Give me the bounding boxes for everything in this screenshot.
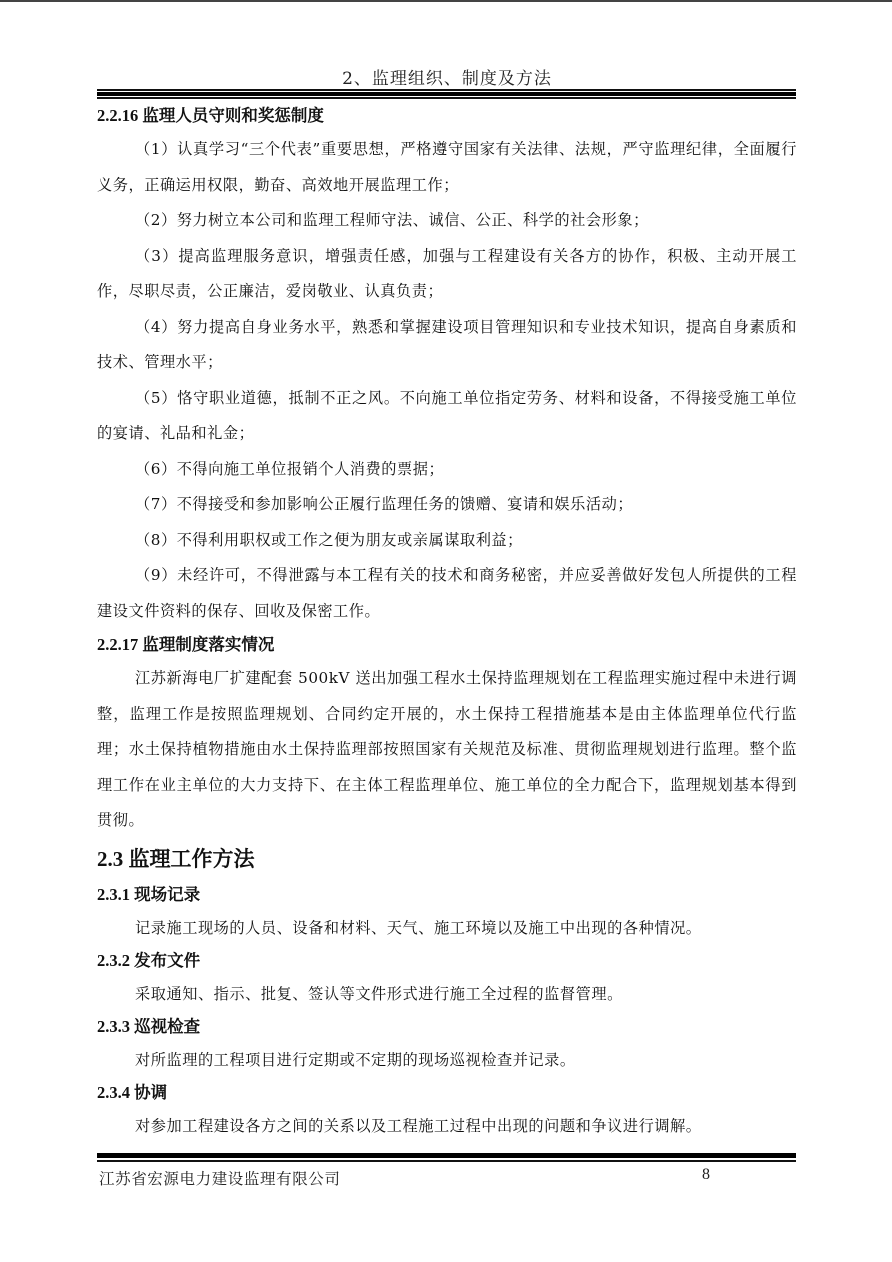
rule-item-4: （4）努力提高自身业务水平，熟悉和掌握建设项目管理知识和专业技术知识，提高自身素… — [97, 310, 797, 381]
section-body-2-3-2: 采取通知、指示、批复、签认等文件形式进行施工全过程的监督管理。 — [97, 977, 797, 1011]
section-heading-2-2-16: 2.2.16 监理人员守则和奖惩制度 — [97, 100, 797, 132]
section-heading-2-2-17: 2.2.17 监理制度落实情况 — [97, 629, 797, 661]
section-heading-2-3: 2.3 监理工作方法 — [97, 839, 797, 879]
rule-item-1: （1）认真学习“三个代表”重要思想，严格遵守国家有关法律、法规，严守监理纪律，全… — [97, 132, 797, 203]
running-header-title: 2、监理组织、制度及方法 — [97, 64, 797, 89]
section-heading-2-3-2: 2.3.2 发布文件 — [97, 945, 797, 977]
section-heading-2-3-3: 2.3.3 巡视检查 — [97, 1011, 797, 1043]
section-body-2-3-4: 对参加工程建设各方之间的关系以及工程施工过程中出现的问题和争议进行调解。 — [97, 1109, 797, 1143]
header-rule — [97, 89, 796, 99]
rule-item-8: （8）不得利用职权或工作之便为朋友或亲属谋取利益； — [97, 523, 797, 559]
section-body-2-3-3: 对所监理的工程项目进行定期或不定期的现场巡视检查并记录。 — [97, 1043, 797, 1077]
page-number: 8 — [702, 1166, 710, 1184]
rule-item-2: （2）努力树立本公司和监理工程师守法、诚信、公正、科学的社会形象； — [97, 203, 797, 239]
rule-item-6: （6）不得向施工单位报销个人消费的票据； — [97, 452, 797, 488]
section-heading-2-3-4: 2.3.4 协调 — [97, 1077, 797, 1109]
footer-rule — [97, 1153, 796, 1163]
rule-item-9: （9）未经许可，不得泄露与本工程有关的技术和商务秘密，并应妥善做好发包人所提供的… — [97, 558, 797, 629]
page-body: 2.2.16 监理人员守则和奖惩制度 （1）认真学习“三个代表”重要思想，严格遵… — [97, 100, 797, 1143]
rule-item-5: （5）恪守职业道德，抵制不正之风。不向施工单位指定劳务、材料和设备，不得接受施工… — [97, 381, 797, 452]
rule-item-3: （3）提高监理服务意识，增强责任感，加强与工程建设有关各方的协作，积极、主动开展… — [97, 239, 797, 310]
section-body-2-2-17: 江苏新海电厂扩建配套 500kV 送出加强工程水土保持监理规划在工程监理实施过程… — [97, 661, 797, 839]
rule-item-7: （7）不得接受和参加影响公正履行监理任务的馈赠、宴请和娱乐活动； — [97, 487, 797, 523]
section-body-2-3-1: 记录施工现场的人员、设备和材料、天气、施工环境以及施工中出现的各种情况。 — [97, 911, 797, 945]
page-top-edge — [0, 0, 892, 2]
section-heading-2-3-1: 2.3.1 现场记录 — [97, 879, 797, 911]
footer-company-name: 江苏省宏源电力建设监理有限公司 — [99, 1167, 341, 1189]
